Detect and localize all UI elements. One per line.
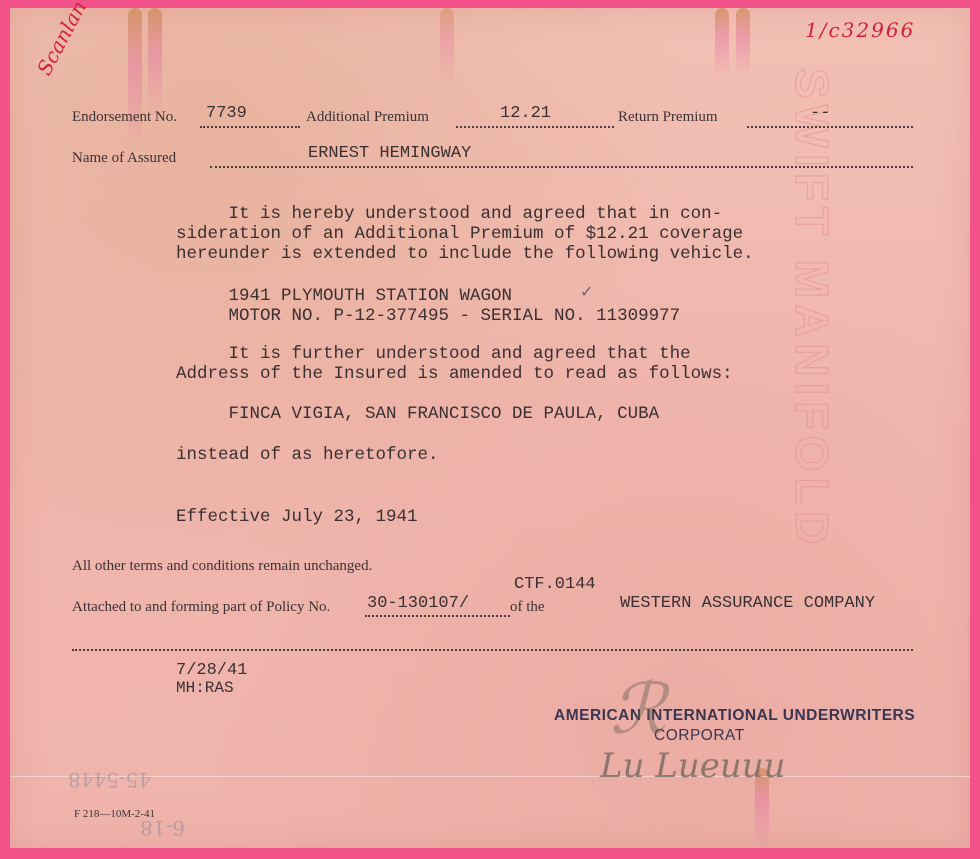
separator-dotted-line <box>72 649 913 651</box>
return-premium-value: -- <box>810 104 830 123</box>
pencil-note-1: 45-5448 <box>68 768 151 792</box>
ctf-number: CTF.0144 <box>514 575 596 594</box>
tape-stain <box>148 8 162 118</box>
tape-stain <box>128 8 142 148</box>
issue-date: 7/28/41 <box>176 661 247 680</box>
text-line: It is hereby understood and agreed that … <box>176 204 722 224</box>
additional-premium-dotted-line <box>456 126 614 128</box>
additional-premium-label: Additional Premium <box>306 109 429 126</box>
endorsement-label: Endorsement No. <box>72 109 177 126</box>
assured-label: Name of Assured <box>72 150 176 167</box>
document-paper: SWIFT MANIFOLD Scanlan 1/c32966 Endorsem… <box>10 8 970 848</box>
signature-flourish: ℛ <box>610 668 666 750</box>
endorsement-number: 7739 <box>206 104 247 123</box>
company-name: WESTERN ASSURANCE COMPANY <box>620 594 875 613</box>
policy-dotted-line <box>365 615 510 617</box>
typist-initials: MH:RAS <box>176 679 234 697</box>
tape-stain <box>440 8 454 88</box>
text-line: It is further understood and agreed that… <box>176 344 691 364</box>
text-line: hereunder is extended to include the fol… <box>176 244 754 264</box>
terms-unchanged: All other terms and conditions remain un… <box>72 558 372 575</box>
check-mark-icon: ✓ <box>580 282 593 301</box>
policy-number: 30-130107/ <box>367 594 469 613</box>
instead-text: instead of as heretofore. <box>176 445 439 465</box>
effective-date: Effective July 23, 1941 <box>176 507 418 527</box>
attached-label: Attached to and forming part of Policy N… <box>72 599 330 616</box>
tape-stain <box>715 8 729 78</box>
authorized-signature: Lu Lueuuu <box>600 746 786 786</box>
additional-premium-value: 12.21 <box>500 104 551 123</box>
text-line: Address of the Insured is amended to rea… <box>176 364 733 384</box>
return-premium-label: Return Premium <box>618 109 718 126</box>
vehicle-model: 1941 PLYMOUTH STATION WAGON <box>176 286 512 306</box>
endorsement-dotted-line <box>200 126 300 128</box>
paper-fold <box>10 776 970 777</box>
form-code: F 218—10M-2-41 <box>74 808 155 820</box>
text-line: sideration of an Additional Premium of $… <box>176 224 743 244</box>
insured-address: FINCA VIGIA, SAN FRANCISCO DE PAULA, CUB… <box>176 404 659 424</box>
return-premium-dotted-line <box>747 126 913 128</box>
handwritten-note-scanlan: Scanlan <box>32 0 91 79</box>
underwriter-stamp-line2: CORPORAT <box>654 727 745 745</box>
handwritten-reference-number: 1/c32966 <box>805 18 915 42</box>
of-the-label: of the <box>510 599 545 616</box>
watermark-text: SWIFT MANIFOLD <box>785 68 839 551</box>
tape-stain <box>736 8 750 78</box>
assured-dotted-line <box>210 166 913 168</box>
underwriter-stamp-line1: AMERICAN INTERNATIONAL UNDERWRITERS <box>554 707 915 725</box>
vehicle-motor-serial: MOTOR NO. P-12-377495 - SERIAL NO. 11309… <box>176 306 680 326</box>
assured-name: ERNEST HEMINGWAY <box>308 144 471 163</box>
